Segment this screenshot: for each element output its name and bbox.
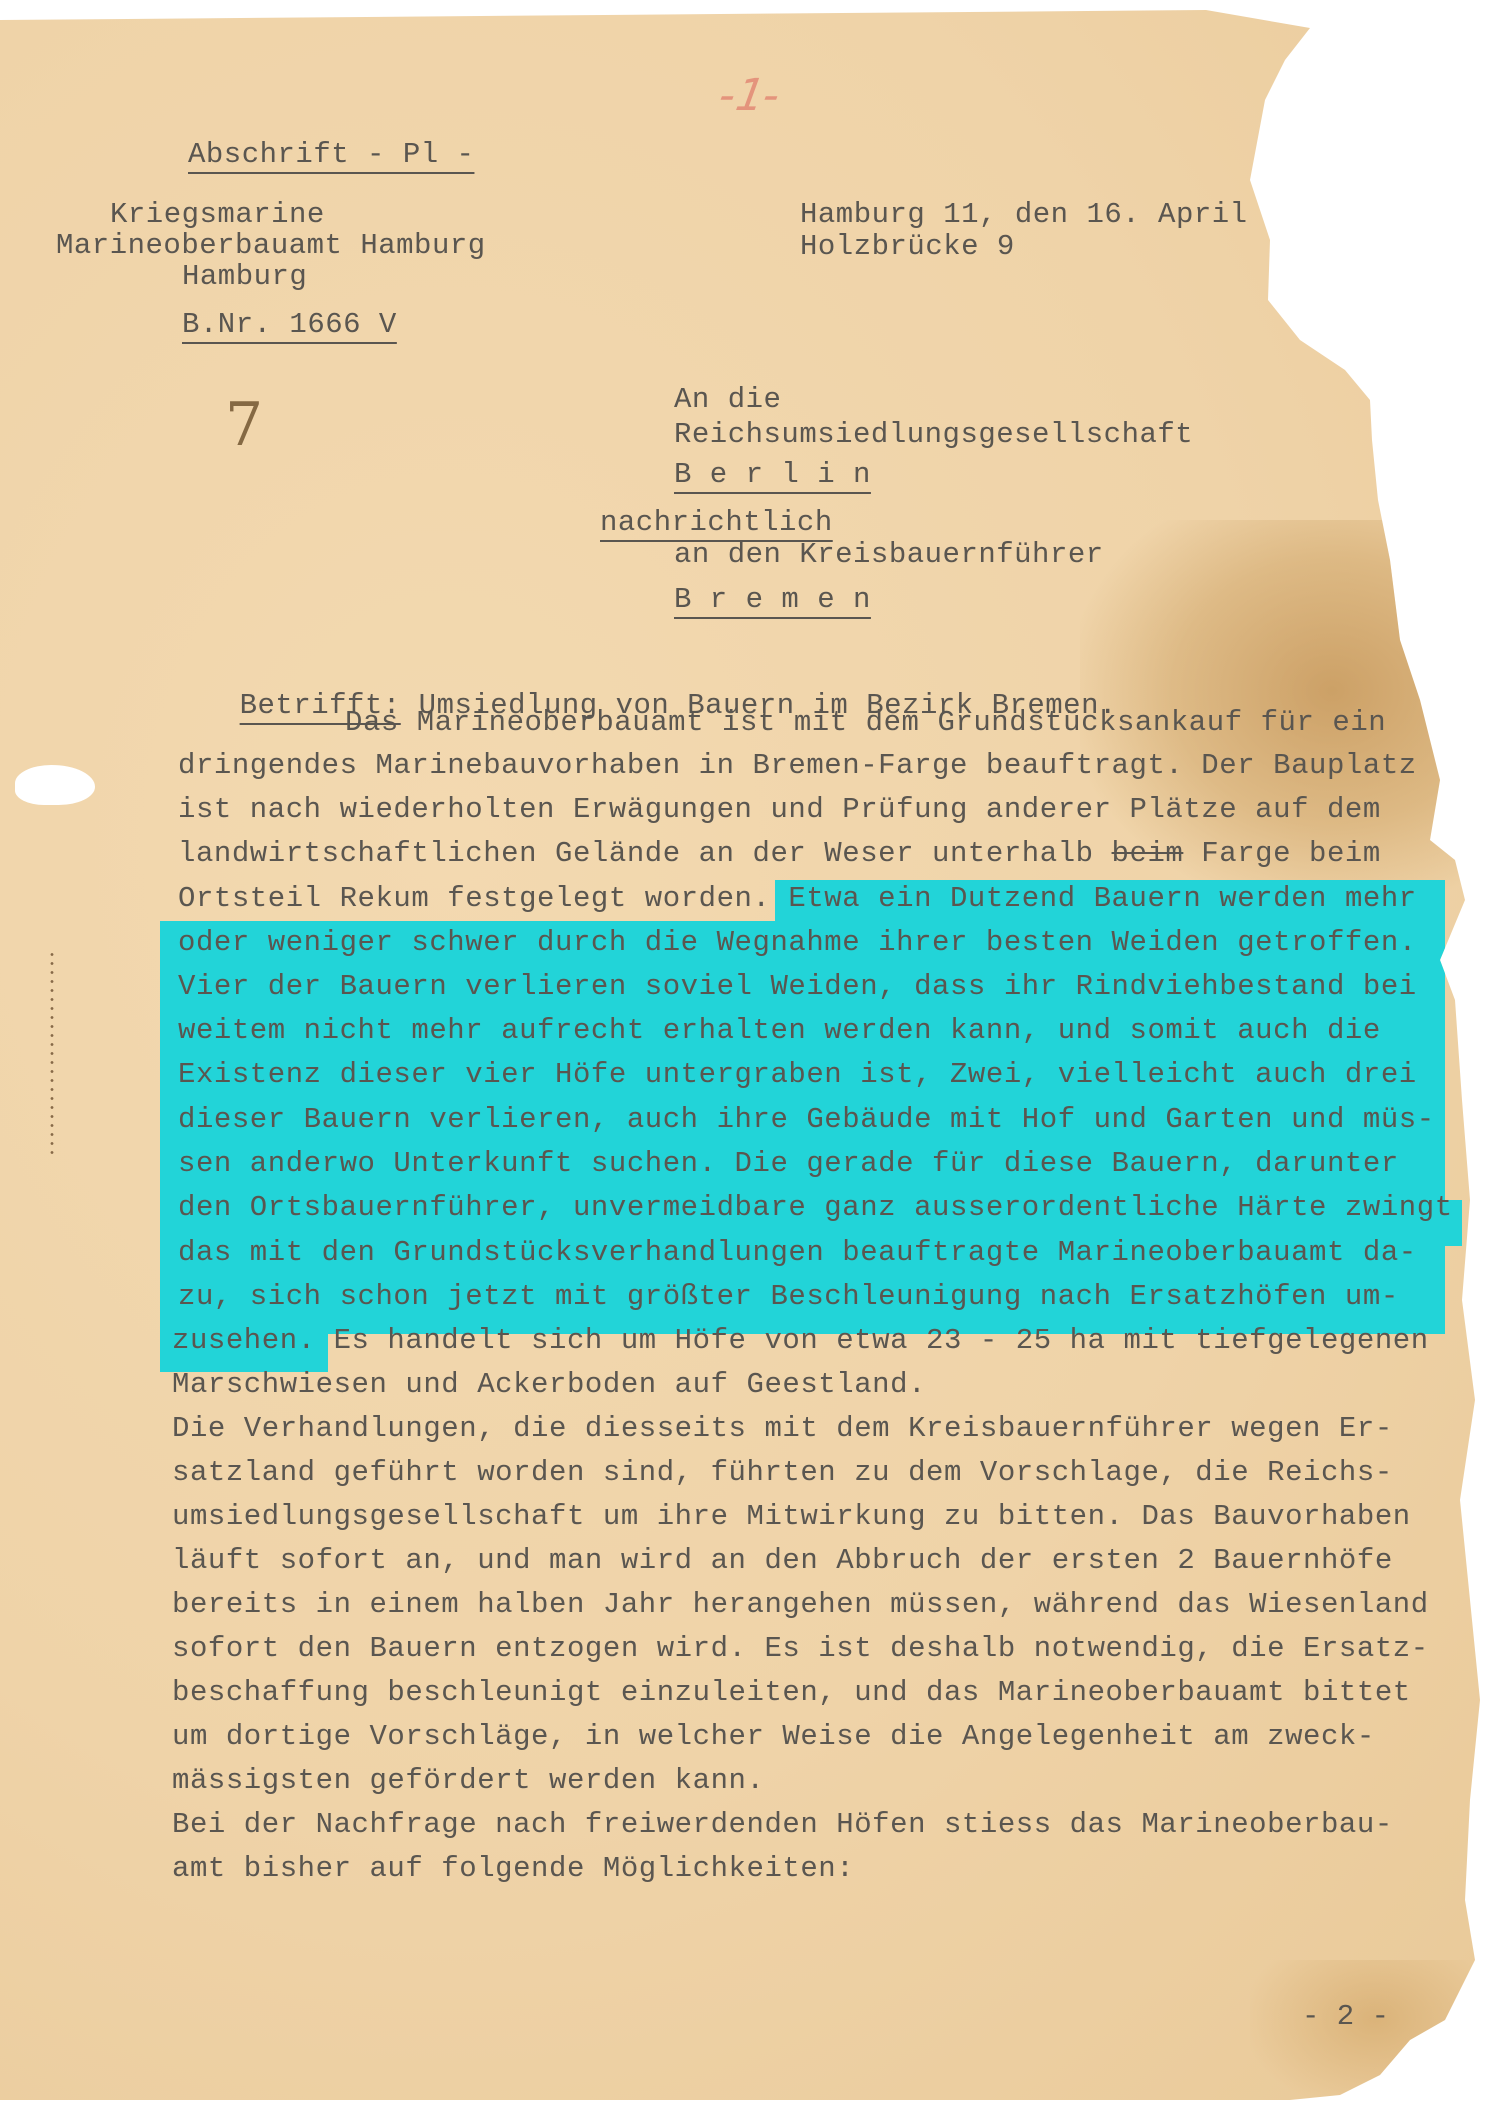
body-line: sofort den Bauern entzogen wird. Es ist … (172, 1634, 1429, 1663)
street-address: Holzbrücke 9 (800, 232, 1015, 261)
water-stain-bottom (1250, 1960, 1500, 2107)
body-line: amt bisher auf folgende Möglichkeiten: (172, 1854, 854, 1883)
body-line: bereits in einem halben Jahr herangehen … (172, 1590, 1429, 1619)
body-line-highlighted: oder weniger schwer durch die Wegnahme i… (178, 928, 1417, 957)
body-line: Das Marineoberbauamt ist mit dem Grundst… (345, 708, 1386, 737)
body-line: ist nach wiederholten Erwägungen und Prü… (178, 795, 1381, 824)
sender-line2: Marineoberbauamt Hamburg (56, 231, 486, 260)
body-line: um dortige Vorschläge, in welcher Weise … (172, 1722, 1375, 1751)
body-line: dringendes Marinebauvorhaben in Bremen-F… (178, 751, 1417, 780)
recipient-organization: Reichsumsiedlungsgesellschaft (674, 420, 1193, 449)
body-line-highlighted: sen anderwo Unterkunft suchen. Die gerad… (178, 1149, 1399, 1178)
cc-label: nachrichtlich (600, 508, 833, 537)
body-line: satzland geführt worden sind, führten zu… (172, 1458, 1393, 1487)
body-line-highlighted: zu, sich schon jetzt mit größter Beschle… (178, 1282, 1399, 1311)
cc-city: B r e m e n (674, 585, 871, 614)
body-line-highlighted: weitem nicht mehr aufrecht erhalten werd… (178, 1016, 1381, 1045)
body-line-highlighted: dieser Bauern verlieren, auch ihre Gebäu… (178, 1105, 1435, 1134)
recipient-city: B e r l i n (674, 460, 871, 489)
body-line-highlighted: den Ortsbauernführer, unvermeidbare ganz… (178, 1193, 1453, 1222)
body-line-highlighted: das mit den Grundstücksverhandlungen bea… (178, 1238, 1417, 1267)
body-line: Bei der Nachfrage nach freiwerdenden Höf… (172, 1810, 1393, 1839)
document-page: -1- 7 Abschrift - Pl - Kriegsmarine Mari… (0, 0, 1500, 2107)
place-date: Hamburg 11, den 16. April (800, 200, 1248, 229)
body-line: mässigsten gefördert werden kann. (172, 1766, 764, 1795)
cc-recipient: an den Kreisbauernführer (674, 540, 1104, 569)
sender-line1: Kriegsmarine (110, 200, 325, 229)
body-line: Ortsteil Rekum festgelegt worden. Etwa e… (178, 884, 1417, 913)
body-line: läuft sofort an, und man wird an den Abb… (172, 1546, 1393, 1575)
body-line-highlighted: Vier der Bauern verlieren soviel Weiden,… (178, 972, 1417, 1001)
highlighted-text: zusehen. (172, 1324, 316, 1357)
punch-hole (15, 765, 95, 805)
body-line: umsiedlungsgesellschaft um ihre Mitwirku… (172, 1502, 1411, 1531)
staple-marks (38, 950, 78, 1160)
highlighted-text: Etwa ein Dutzend Bauern werden mehr (788, 882, 1416, 915)
body-line: zusehen. Es handelt sich um Höfe von etw… (172, 1326, 1429, 1355)
pencil-mark: 7 (225, 390, 263, 460)
page-number: - 2 - (1302, 2000, 1389, 2033)
sender-line3: Hamburg (182, 262, 307, 291)
body-line: Die Verhandlungen, die diesseits mit dem… (172, 1414, 1393, 1443)
struck-word: beim (1112, 837, 1184, 870)
body-line: beschaffung beschleunigt einzuleiten, un… (172, 1678, 1411, 1707)
page-mark: -1- (711, 70, 789, 121)
body-line: landwirtschaftlichen Gelände an der Wese… (178, 839, 1381, 868)
recipient-salutation: An die (674, 385, 781, 414)
body-line: Marschwiesen und Ackerboden auf Geestlan… (172, 1370, 926, 1399)
body-line-highlighted: Existenz dieser vier Höfe untergraben is… (178, 1060, 1417, 1089)
reference-number: B.Nr. 1666 V (182, 310, 397, 339)
copy-label: Abschrift - Pl - (188, 140, 474, 169)
